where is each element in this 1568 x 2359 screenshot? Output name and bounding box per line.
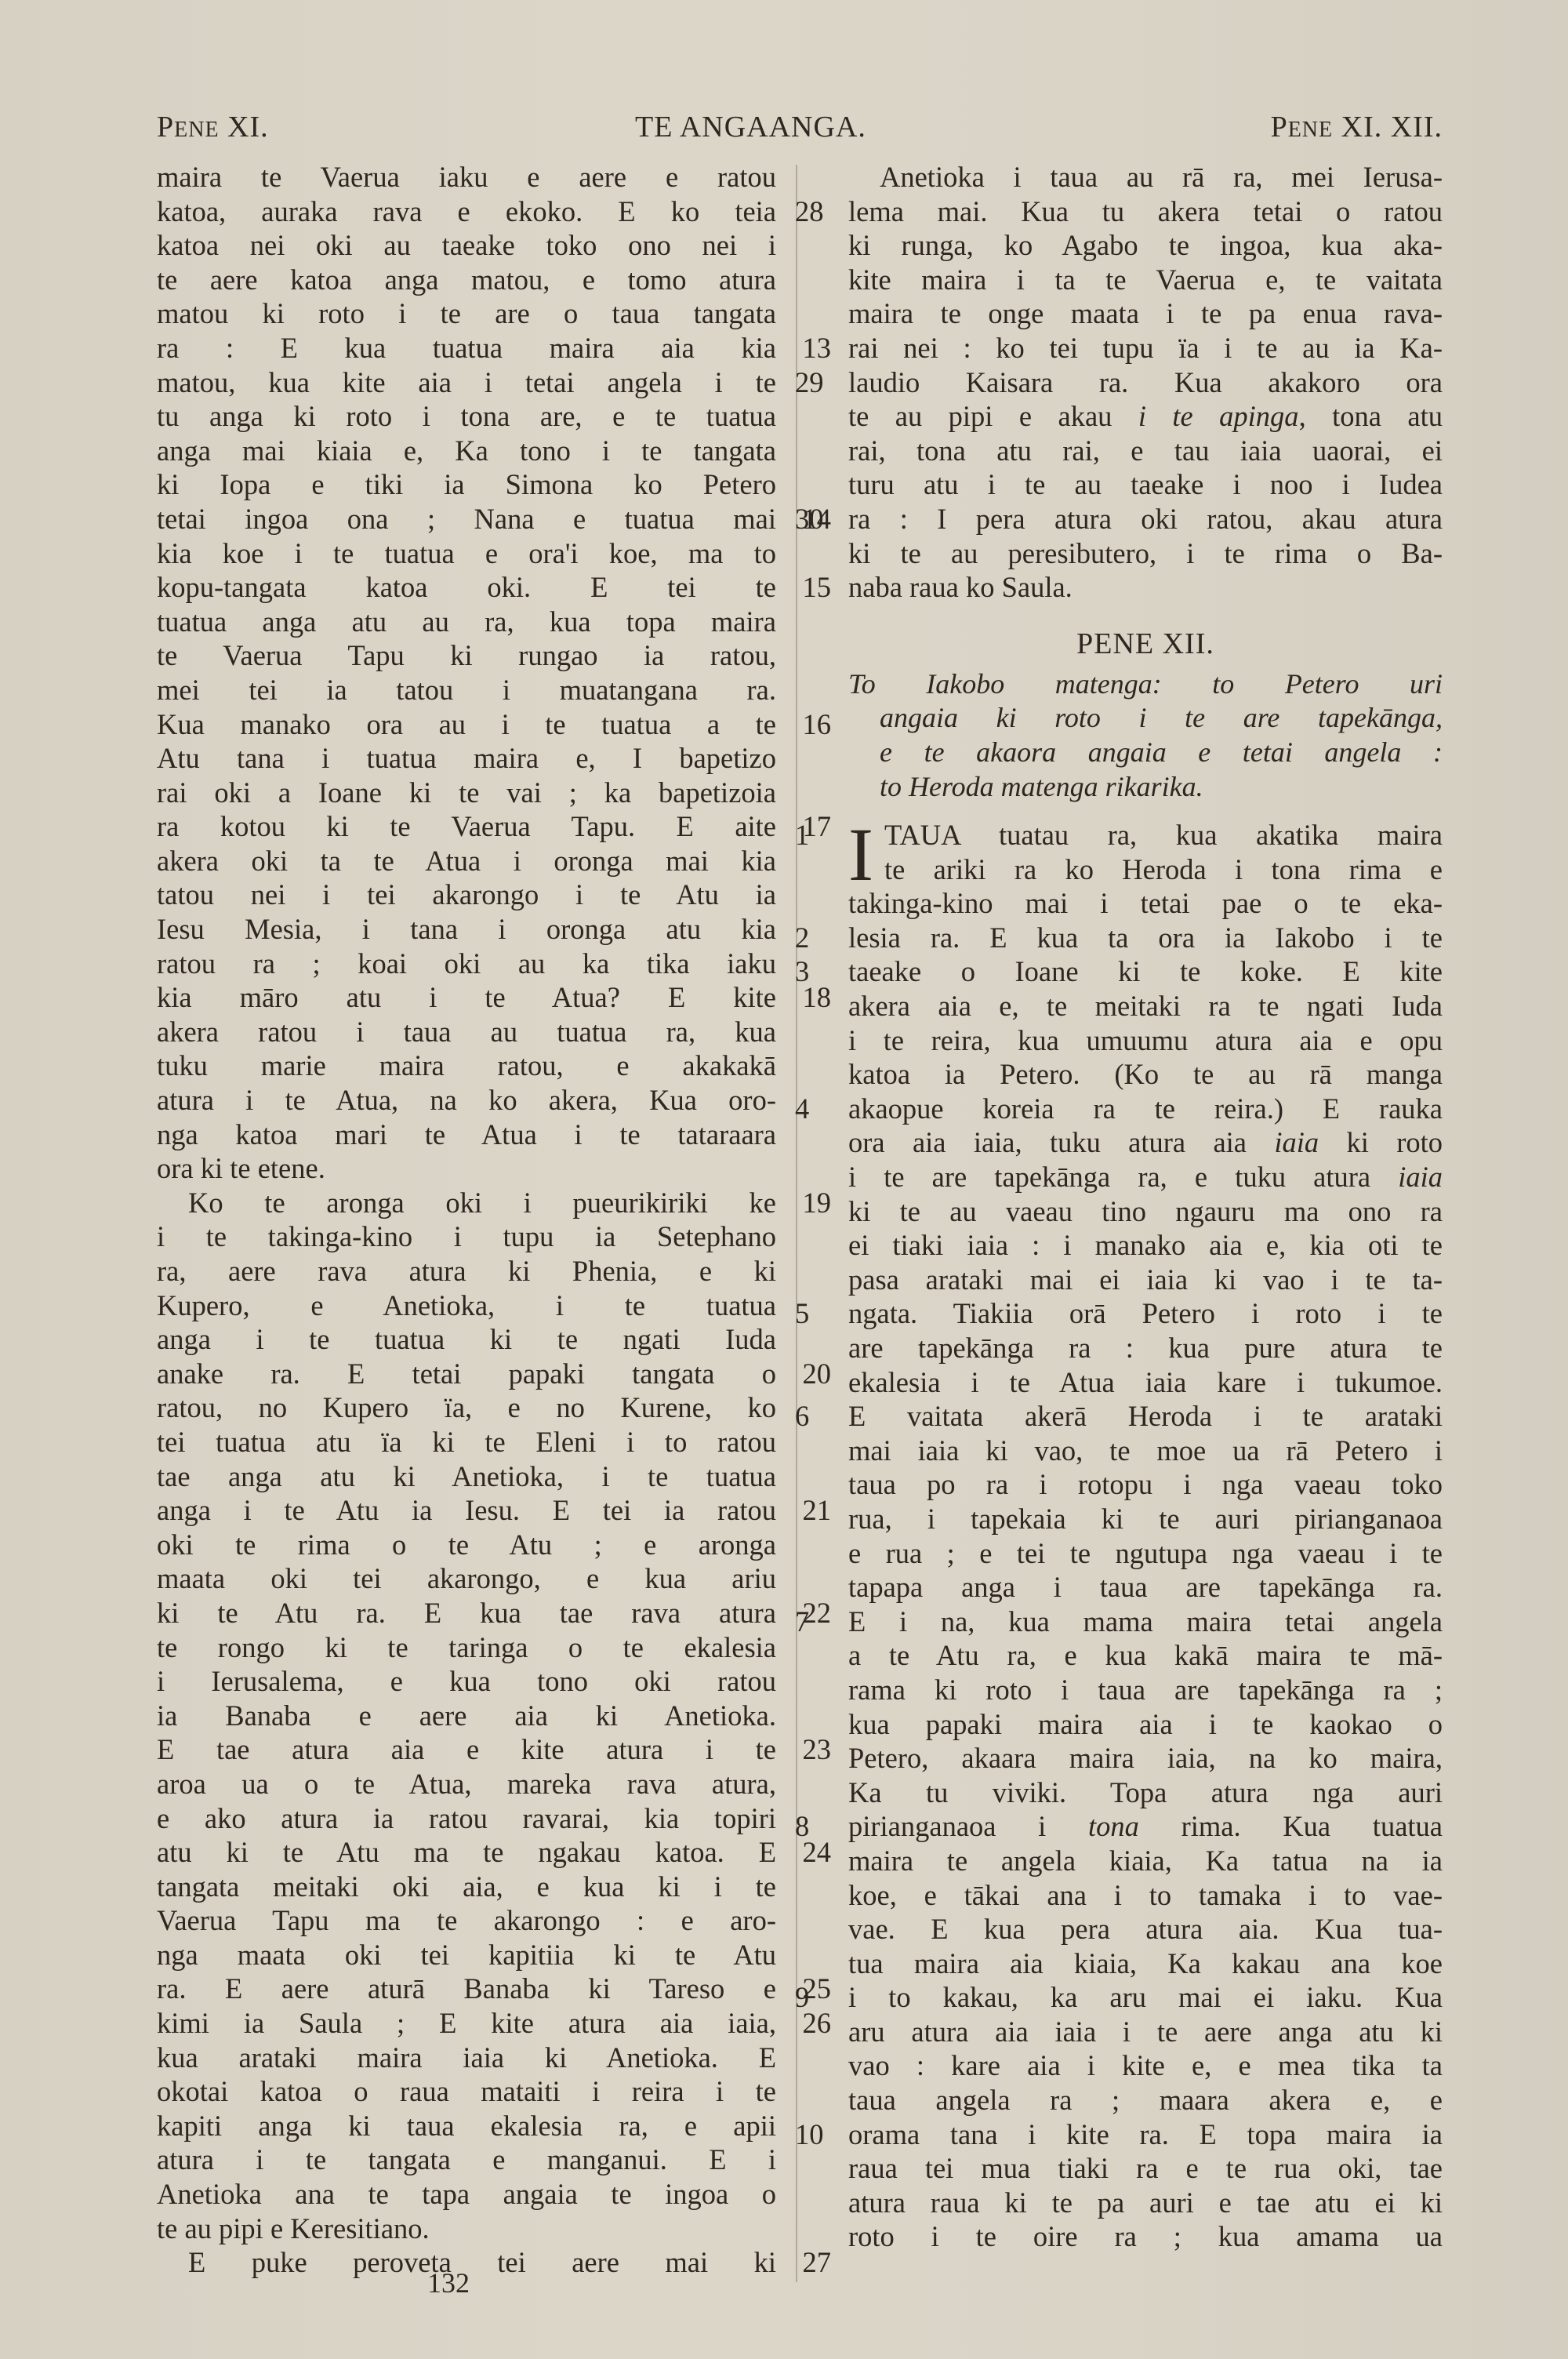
line-text: te rongo ki te taringa o te ekalesia (157, 1631, 776, 1663)
text-line: rai oki a Ioane ki te vai ; ka bapetizoi… (157, 776, 776, 810)
text-line: ki Iopa e tiki ia Simona ko Petero (157, 467, 776, 502)
text-line: rai, tona atu rai, e tau iaia uaorai, ei (848, 434, 1443, 468)
text-line: orama tana i kite ra. E topa maira ia10 (848, 2117, 1443, 2152)
line-text: laudio Kaisara ra. Kua akakoro ora (848, 366, 1443, 398)
text-line: ratou, no Kupero ïa, e no Kurene, ko (157, 1390, 776, 1425)
text-line: nga katoa mari te Atua i te tataraara (157, 1118, 776, 1152)
running-head: PENE XI. TE ANGAANGA. PENE XI. XII. (157, 110, 1443, 157)
text-line: mai iaia ki vao, te moe ua rā Petero i (848, 1434, 1443, 1468)
text-line: vae. E kua pera atura aia. Kua tua- (848, 1912, 1443, 1946)
text-line: atura i te tangata e manganui. E i (157, 2143, 776, 2177)
line-text: tuku marie maira ratou, e akakakā (157, 1049, 776, 1081)
verse-number: 19 (803, 1186, 832, 1220)
line-text: taua angela ra ; maara akera e, e (848, 2084, 1443, 2116)
line-text: tapapa anga i taua are tapekānga ra. (848, 1571, 1443, 1603)
verse-number: 10 (795, 2117, 824, 2152)
verse-number: 1 (795, 818, 809, 852)
text-line: nga maata oki tei kapitiia ki te Atu (157, 1938, 776, 1972)
text-line: katoa nei oki au taeake toko ono nei i (157, 228, 776, 263)
line-text: e ako atura ia ratou ravarai, kia topiri (157, 1802, 776, 1834)
text-line: tapapa anga i taua are tapekānga ra. (848, 1570, 1443, 1605)
line-text: a te Atu ra, e kua kakā maira te mā- (848, 1639, 1443, 1671)
text-line: oki te rima o te Atu ; e aronga (157, 1528, 776, 1562)
italic-text: iaia (1398, 1161, 1443, 1193)
line-text: ora ki te etene. (157, 1152, 325, 1184)
text-line: Atu tana i tuatua maira e, I bapetizo (157, 741, 776, 776)
summary-line: e te akaora angaia e tetai angela : (848, 736, 1443, 770)
line-text: kopu-tangata katoa oki. E tei te (157, 571, 776, 603)
line-text: ki te au vaeau tino ngauru ma ono ra (848, 1195, 1443, 1227)
line-text: kite maira i ta te Vaerua e, te vaitata (848, 264, 1443, 296)
line-text: ra kotou ki te Vaerua Tapu. E aite (157, 810, 776, 842)
text-line: kua arataki maira iaia ki Anetioka. E (157, 2041, 776, 2075)
line-text: tua maira aia kiaia, Ka kakau ana koe (848, 1947, 1443, 1979)
line-text: tae anga atu ki Anetioka, i te tuatua (157, 1460, 776, 1492)
verse-number: 8 (795, 1809, 809, 1844)
line-text: te Vaerua Tapu ki rungao ia ratou, (157, 639, 776, 671)
line-text: E tae atura aia e kite atura i te (157, 1733, 776, 1765)
text-line: aru atura aia iaia i te aere anga atu ki (848, 2015, 1443, 2049)
line-text: ratou ra ; koai oki au ka tika iaku (157, 947, 776, 980)
italic-text: iaia (1274, 1126, 1319, 1158)
line-text: ki runga, ko Agabo te ingoa, kua aka- (848, 229, 1443, 261)
line-text: tu anga ki roto i tona are, e te tuatua (157, 400, 776, 432)
line-text: akaopue koreia ra te reira.) E rauka (848, 1092, 1443, 1125)
text-line: mei tei ia tatou i muatangana ra. (157, 673, 776, 707)
text-line: tatou nei i tei akarongo i te Atu ia (157, 878, 776, 912)
text-line: taua po ra i rotopu i nga vaeau toko (848, 1467, 1443, 1502)
text-line: i Ierusalema, e kua tono oki ratou (157, 1664, 776, 1699)
text-line: anake ra. E tetai papaki tangata o20 (157, 1357, 776, 1391)
line-text: roto i te oire ra ; kua amama ua (848, 2220, 1443, 2252)
text-line: are tapekānga ra : kua pure atura te (848, 1331, 1443, 1365)
line-text: koe, e tākai ana i to tamaka i to vae- (848, 1879, 1443, 1911)
line-text: takinga-kino mai i tetai pae o te eka- (848, 887, 1443, 919)
line-text: rai oki a Ioane ki te vai ; ka bapetizoi… (157, 776, 776, 809)
line-text: kimi ia Saula ; E kite atura aia iaia, (157, 2007, 776, 2039)
text-line: i te are tapekānga ra, e tuku atura iaia (848, 1160, 1443, 1194)
line-text: Atu tana i tuatua maira e, I bapetizo (157, 742, 776, 774)
verse-number: 27 (803, 2245, 832, 2280)
line-text: i te reira, kua umuumu atura aia e opu (848, 1024, 1443, 1056)
line-text: kapiti anga ki taua ekalesia ra, e apii (157, 2110, 776, 2142)
text-line: kapiti anga ki taua ekalesia ra, e apii (157, 2109, 776, 2143)
line-text: ki te au peresibutero, i te rima o Ba- (848, 537, 1443, 569)
text-line: TAUA tuatau ra, kua akatika maira1 (848, 818, 1443, 852)
text-line: ora aia iaia, tuku atura aia iaia ki rot… (848, 1125, 1443, 1160)
line-text: Ko te aronga oki i pueurikiriki ke (188, 1187, 776, 1219)
text-line: ra : I pera atura oki ratou, akau atura3… (848, 502, 1443, 536)
line-text: tuatua anga atu au ra, kua topa maira (157, 605, 776, 638)
text-line: te Vaerua Tapu ki rungao ia ratou, (157, 638, 776, 673)
text-line: atura raua ki te pa auri e tae atu ei ki (848, 2186, 1443, 2220)
text-line: E vaitata akerā Heroda i te arataki6 (848, 1399, 1443, 1434)
italic-text: i te apinga (1138, 400, 1299, 432)
chapter-xii-body: I TAUA tuatau ra, kua akatika maira1te a… (848, 818, 1443, 2254)
text-line: pirianganaoa i tona rima. Kua tuatua8 (848, 1809, 1443, 1844)
text-line: Iesu Mesia, i tana i oronga atu kia (157, 912, 776, 947)
text-line: e rua ; e tei te ngutupa nga vaeau i te (848, 1536, 1443, 1571)
text-line: ora ki te etene. (157, 1151, 776, 1186)
line-text: tangata meitaki oki aia, e kua ki i te (157, 1870, 776, 1903)
text-line: tae anga atu ki Anetioka, i te tuatua (157, 1459, 776, 1494)
line-text: E vaitata akerā Heroda i te arataki (848, 1400, 1443, 1432)
line-text: matou ki roto i te are o taua tangata (157, 297, 776, 329)
line-text: pasa arataki mai ei iaia ki vao i te ta- (848, 1263, 1443, 1296)
line-text: ra. E aere aturā Banaba ki Tareso e (157, 1972, 776, 2005)
line-text: tei tuatua atu ïa ki te Eleni i to ratou (157, 1426, 776, 1458)
italic-text: tona (1088, 1810, 1139, 1842)
text-line: tei tuatua atu ïa ki te Eleni i to ratou (157, 1425, 776, 1459)
line-text: maata oki tei akarongo, e kua ariu (157, 1562, 776, 1594)
text-line: te au pipi e Keresitiano. (157, 2212, 776, 2246)
left-column: maira te Vaerua iaku e aere e ratoukatoa… (157, 160, 776, 2280)
text-line: ia Banaba e aere aia ki Anetioka. (157, 1699, 776, 1733)
line-text: taeake o Ioane ki te koke. E kite (848, 955, 1443, 987)
line-text: akera oki ta te Atua i oronga mai kia (157, 845, 776, 877)
line-text: atura i te Atua, na ko akera, Kua oro- (157, 1084, 776, 1116)
line-text: Petero, akaara maira iaia, na ko maira, (848, 1742, 1443, 1774)
line-text: maira te onge maata i te pa enua rava- (848, 297, 1443, 329)
line-text: tatou nei i tei akarongo i te Atu ia (157, 878, 776, 911)
line-text: aru atura aia iaia i te aere anga atu ki (848, 2016, 1443, 2048)
line-text: mai iaia ki vao, te moe ua rā Petero i (848, 1434, 1443, 1467)
line-text: rua, i tapekaia ki te auri pirianganaoa (848, 1503, 1443, 1535)
verse-number: 29 (795, 365, 824, 400)
line-text: atura i te tangata e manganui. E i (157, 2143, 776, 2175)
text-line: lema mai. Kua tu akera tetai o ratou28 (848, 194, 1443, 229)
verse-number: 21 (803, 1493, 832, 1528)
text-line: anga i te tuatua ki te ngati Iuda (157, 1322, 776, 1357)
text-line: laudio Kaisara ra. Kua akakoro ora29 (848, 365, 1443, 400)
line-text: anga i te Atu ia Iesu. E tei ia ratou (157, 1494, 776, 1526)
text-line: ei tiaki iaia : i manako aia e, kia oti … (848, 1228, 1443, 1263)
text-line: ki te Atu ra. E kua tae rava atura22 (157, 1596, 776, 1630)
line-text: i te are tapekānga ra, e tuku atura (848, 1161, 1398, 1193)
text-line: kite maira i ta te Vaerua e, te vaitata (848, 263, 1443, 297)
text-line: lesia ra. E kua ta ora ia Iakobo i te2 (848, 921, 1443, 955)
line-text: nga katoa mari te Atua i te tataraara (157, 1118, 776, 1150)
text-line: matou, kua kite aia i tetai angela i te (157, 365, 776, 400)
chapter-xi-conclusion: Anetioka i taua au rā ra, mei Ierusa-lem… (848, 160, 1443, 605)
text-line: rai nei : ko tei tupu ïa i te au ia Ka- (848, 331, 1443, 365)
text-line: ra. E aere aturā Banaba ki Tareso e25 (157, 1972, 776, 2006)
line-text: raua tei mua tiaki ra e te rua oki, tae (848, 2152, 1443, 2184)
line-text: E i na, kua mama maira tetai angela (848, 1605, 1443, 1637)
text-line: ki runga, ko Agabo te ingoa, kua aka- (848, 228, 1443, 263)
text-line: i te takinga-kino i tupu ia Setephano (157, 1219, 776, 1254)
line-text: Ka tu viviki. Topa atura nga auri (848, 1776, 1443, 1808)
text-line: ki te au peresibutero, i te rima o Ba- (848, 536, 1443, 571)
line-text: orama tana i kite ra. E topa maira ia (848, 2118, 1443, 2150)
line-text: i Ierusalema, e kua tono oki ratou (157, 1665, 776, 1697)
line-text: Vaerua Tapu ma te akarongo : e aro- (157, 1904, 776, 1936)
text-line: maata oki tei akarongo, e kua ariu (157, 1561, 776, 1596)
line-text: ra, aere rava atura ki Phenia, e ki (157, 1255, 776, 1287)
text-line: katoa, auraka rava e ekoko. E ko teia (157, 194, 776, 229)
text-line: maira te angela kiaia, Ka tatua na ia (848, 1844, 1443, 1878)
chapter-summary: To Iakobo matenga: to Petero uriangaia k… (848, 667, 1443, 804)
text-line: a te Atu ra, e kua kakā maira te mā- (848, 1638, 1443, 1673)
line-text: te aere katoa anga matou, e tomo atura (157, 264, 776, 296)
line-text: te ariki ra ko Heroda i tona rima e (884, 853, 1443, 885)
line-text: kia māro atu i te Atua? E kite (157, 981, 776, 1013)
line-text: nga maata oki tei kapitiia ki te Atu (157, 1939, 776, 1971)
line-text: ei tiaki iaia : i manako aia e, kia oti … (848, 1229, 1443, 1261)
line-text: TAUA tuatau ra, kua akatika maira (884, 819, 1443, 851)
line-text: ora aia iaia, tuku atura aia (848, 1126, 1274, 1158)
verse-number: 4 (795, 1092, 809, 1126)
line-text: Kupero, e Anetioka, i te tuatua (157, 1289, 776, 1321)
line-text: lema mai. Kua tu akera tetai o ratou (848, 195, 1443, 227)
line-text: okotai katoa o raua mataiti i reira i te (157, 2075, 776, 2107)
text-line: Anetioka ana te tapa angaia te ingoa o (157, 2177, 776, 2212)
line-text: atura raua ki te pa auri e tae atu ei ki (848, 2186, 1443, 2219)
text-line: te rongo ki te taringa o te ekalesia (157, 1630, 776, 1665)
text-line: akaopue koreia ra te reira.) E rauka4 (848, 1092, 1443, 1126)
text-line: turu atu i te au taeake i noo i Iudea (848, 467, 1443, 502)
text-line: ra kotou ki te Vaerua Tapu. E aite17 (157, 809, 776, 844)
line-text: te au pipi e akau (848, 400, 1138, 432)
verse-number: 23 (803, 1732, 832, 1767)
text-line: rama ki roto i taua are tapekānga ra ; (848, 1673, 1443, 1707)
line-text: anake ra. E tetai papaki tangata o (157, 1358, 776, 1390)
line-text: oki te rima o te Atu ; e aronga (157, 1528, 776, 1561)
text-line: matou ki roto i te are o taua tangata (157, 296, 776, 331)
text-line: ra, aere rava atura ki Phenia, e ki (157, 1254, 776, 1289)
text-line: ratou ra ; koai oki au ka tika iaku (157, 947, 776, 981)
text-line: aroa ua o te Atua, mareka rava atura, (157, 1767, 776, 1801)
text-line: kopu-tangata katoa oki. E tei te15 (157, 570, 776, 605)
line-text: ki te Atu ra. E kua tae rava atura (157, 1597, 776, 1629)
summary-line: To Iakobo matenga: to Petero uri (848, 667, 1443, 702)
verse-number: 16 (803, 707, 832, 742)
text-line: i to kakau, ka aru mai ei iaku. Kua9 (848, 1980, 1443, 2015)
line-text: maira te Vaerua iaku e aere e ratou (157, 161, 776, 193)
text-line: akera aia e, te meitaki ra te ngati Iuda (848, 989, 1443, 1023)
line-text: kia koe i te tuatua e ora'i koe, ma to (157, 537, 776, 569)
text-line: i te reira, kua umuumu atura aia e opu (848, 1023, 1443, 1058)
text-line: Kupero, e Anetioka, i te tuatua (157, 1289, 776, 1323)
text-line: tangata meitaki oki aia, e kua ki i te (157, 1870, 776, 1904)
line-text: i to kakau, ka aru mai ei iaku. Kua (848, 1981, 1443, 2013)
line-text: ra : E kua tuatua maira aia kia (157, 332, 776, 364)
text-line: Petero, akaara maira iaia, na ko maira, (848, 1741, 1443, 1776)
line-text: Anetioka ana te tapa angaia te ingoa o (157, 2178, 776, 2210)
line-text: maira te angela kiaia, Ka tatua na ia (848, 1845, 1443, 1877)
text-line: tua maira aia kiaia, Ka kakau ana koe (848, 1946, 1443, 1981)
summary-line: angaia ki roto i te are tapekānga, (848, 701, 1443, 736)
text-line: e ako atura ia ratou ravarai, kia topiri (157, 1801, 776, 1836)
line-text: anga i te tuatua ki te ngati Iuda (157, 1323, 776, 1355)
line-text: are tapekānga ra : kua pure atura te (848, 1332, 1443, 1364)
line-text: akera aia e, te meitaki ra te ngati Iuda (848, 990, 1443, 1022)
text-line: Vaerua Tapu ma te akarongo : e aro- (157, 1903, 776, 1938)
verse-number: 20 (803, 1357, 832, 1391)
line-text: naba raua ko Saula. (848, 571, 1073, 603)
verse-number: 28 (795, 194, 824, 229)
running-head-title: TE ANGAANGA. (635, 110, 866, 144)
text-line: okotai katoa o raua mataiti i reira i te (157, 2074, 776, 2109)
line-text: rama ki roto i taua are tapekānga ra ; (848, 1674, 1443, 1706)
text-line: vao : kare aia i kite e, e mea tika ta (848, 2048, 1443, 2083)
line-text: taua po ra i rotopu i nga vaeau toko (848, 1468, 1443, 1500)
running-head-right: PENE XI. XII. (1271, 110, 1443, 144)
text-line: ekalesia i te Atua iaia kare i tukumoe. (848, 1365, 1443, 1400)
line-text: turu atu i te au taeake i noo i Iudea (848, 468, 1443, 500)
verse-number: 5 (795, 1296, 809, 1331)
line-text: te au pipi e Keresitiano. (157, 2212, 430, 2245)
line-text: vae. E kua pera atura aia. Kua tua- (848, 1913, 1443, 1945)
text-line: kia māro atu i te Atua? E kite18 (157, 980, 776, 1015)
verse-number: 7 (795, 1605, 809, 1639)
line-text: katoa nei oki au taeake toko ono nei i (157, 229, 776, 261)
text-line: takinga-kino mai i tetai pae o te eka- (848, 886, 1443, 921)
line-text: anga mai kiaia e, Ka tono i te tangata (157, 434, 776, 467)
text-line: ngata. Tiakiia orā Petero i roto i te5 (848, 1296, 1443, 1331)
text-line: Ko te aronga oki i pueurikiriki ke19 (157, 1186, 776, 1220)
text-line: pasa arataki mai ei iaia ki vao i te ta- (848, 1263, 1443, 1297)
text-line: maira te Vaerua iaku e aere e ratou (157, 160, 776, 194)
line-text: ra : I pera atura oki ratou, akau atura (848, 503, 1443, 535)
line-text: katoa, auraka rava e ekoko. E ko teia (157, 195, 776, 227)
text-line: atura i te Atua, na ko akera, Kua oro- (157, 1083, 776, 1118)
text-line: atu ki te Atu ma te ngakau katoa. E24 (157, 1835, 776, 1870)
line-text: Iesu Mesia, i tana i oronga atu kia (157, 913, 776, 945)
line-text: katoa ia Petero. (Ko te au rā manga (848, 1058, 1443, 1090)
text-line: koe, e tākai ana i to tamaka i to vae- (848, 1878, 1443, 1913)
verse-number: 15 (803, 570, 832, 605)
text-line: anga i te Atu ia Iesu. E tei ia ratou21 (157, 1493, 776, 1528)
text-line: rua, i tapekaia ki te auri pirianganaoa (848, 1502, 1443, 1536)
text-line: Anetioka i taua au rā ra, mei Ierusa- (848, 160, 1443, 194)
line-text: vao : kare aia i kite e, e mea tika ta (848, 2049, 1443, 2081)
text-line: E i na, kua mama maira tetai angela7 (848, 1605, 1443, 1639)
text-line: katoa ia Petero. (Ko te au rā manga (848, 1057, 1443, 1092)
line-text: aroa ua o te Atua, mareka rava atura, (157, 1768, 776, 1800)
text-line: akera oki ta te Atua i oronga mai kia (157, 844, 776, 878)
text-line: E tae atura aia e kite atura i te23 (157, 1732, 776, 1767)
text-line: tuku marie maira ratou, e akakakā (157, 1049, 776, 1083)
text-line: taeake o Ioane ki te koke. E kite3 (848, 954, 1443, 989)
line-text: ratou, no Kupero ïa, e no Kurene, ko (157, 1391, 776, 1423)
text-line: te ariki ra ko Heroda i tona rima e (848, 852, 1443, 887)
line-text: kua arataki maira iaia ki Anetioka. E (157, 2041, 776, 2074)
line-text: akera ratou i taua au tuatua ra, kua (157, 1016, 776, 1048)
text-line: te au pipi e akau i te apinga, tona atu (848, 399, 1443, 434)
text-line: taua angela ra ; maara akera e, e (848, 2083, 1443, 2117)
line-text: Anetioka i taua au rā ra, mei Ierusa- (880, 161, 1443, 193)
text-line: kia koe i te tuatua e ora'i koe, ma to (157, 536, 776, 571)
line-text: ia Banaba e aere aia ki Anetioka. (157, 1699, 776, 1732)
text-line: akera ratou i taua au tuatua ra, kua (157, 1015, 776, 1049)
text-line: tuatua anga atu au ra, kua topa maira (157, 605, 776, 639)
verse-number: 2 (795, 921, 809, 955)
text-line: kua papaki maira aia i te kaokao o (848, 1707, 1443, 1742)
column-divider (796, 165, 797, 2282)
verse-number: 13 (803, 331, 832, 365)
line-text: tetai ingoa ona ; Nana e tuatua mai (157, 503, 776, 535)
book-page: PENE XI. TE ANGAANGA. PENE XI. XII. mair… (0, 0, 1568, 2359)
line-text: rai nei : ko tei tupu ïa i te au ia Ka- (848, 332, 1443, 364)
verse-number: 6 (795, 1399, 809, 1434)
line-text: ngata. Tiakiia orā Petero i roto i te (848, 1297, 1443, 1329)
text-line: naba raua ko Saula. (848, 570, 1443, 605)
text-line: kimi ia Saula ; E kite atura aia iaia,26 (157, 2006, 776, 2041)
text-line: anga mai kiaia e, Ka tono i te tangata (157, 434, 776, 468)
line-text: Kua manako ora au i te tuatua a te (157, 708, 776, 740)
text-line: maira te onge maata i te pa enua rava- (848, 296, 1443, 331)
text-line: roto i te oire ra ; kua amama ua (848, 2219, 1443, 2254)
line-text: ekalesia i te Atua iaia kare i tukumoe. (848, 1366, 1443, 1398)
text-line: te aere katoa anga matou, e tomo atura (157, 263, 776, 297)
page-number: 132 (427, 2266, 470, 2299)
text-line: tetai ingoa ona ; Nana e tuatua mai14 (157, 502, 776, 536)
summary-line: to Heroda matenga rikarika. (848, 770, 1443, 805)
right-column: Anetioka i taua au rā ra, mei Ierusa-lem… (848, 160, 1443, 2254)
line-text: mei tei ia tatou i muatangana ra. (157, 674, 776, 706)
running-head-left: PENE XI. (157, 110, 269, 144)
line-text: atu ki te Atu ma te ngakau katoa. E (157, 1836, 776, 1868)
text-line: ra : E kua tuatua maira aia kia13 (157, 331, 776, 365)
verse-number: 9 (795, 1980, 809, 2015)
verse-number: 30 (795, 502, 824, 536)
line-text: lesia ra. E kua ta ora ia Iakobo i te (848, 921, 1443, 954)
line-text: e rua ; e tei te ngutupa nga vaeau i te (848, 1537, 1443, 1569)
line-text: rai, tona atu rai, e tau iaia uaorai, ei (848, 434, 1443, 467)
text-line: Kua manako ora au i te tuatua a te16 (157, 707, 776, 742)
chapter-title: PENE XII. (848, 620, 1443, 667)
text-line: Ka tu viviki. Topa atura nga auri (848, 1776, 1443, 1810)
line-text: E puke peroveta tei aere mai ki (188, 2246, 776, 2278)
line-text: ki Iopa e tiki ia Simona ko Petero (157, 468, 776, 500)
text-line: tu anga ki roto i tona are, e te tuatua (157, 399, 776, 434)
line-text: i te takinga-kino i tupu ia Setephano (157, 1220, 776, 1252)
text-line: ki te au vaeau tino ngauru ma ono ra (848, 1194, 1443, 1229)
text-line: raua tei mua tiaki ra e te rua oki, tae (848, 2151, 1443, 2186)
line-text: kua papaki maira aia i te kaokao o (848, 1708, 1443, 1740)
line-text: pirianganaoa i (848, 1810, 1088, 1842)
verse-number: 3 (795, 954, 809, 989)
line-text: matou, kua kite aia i tetai angela i te (157, 366, 776, 398)
